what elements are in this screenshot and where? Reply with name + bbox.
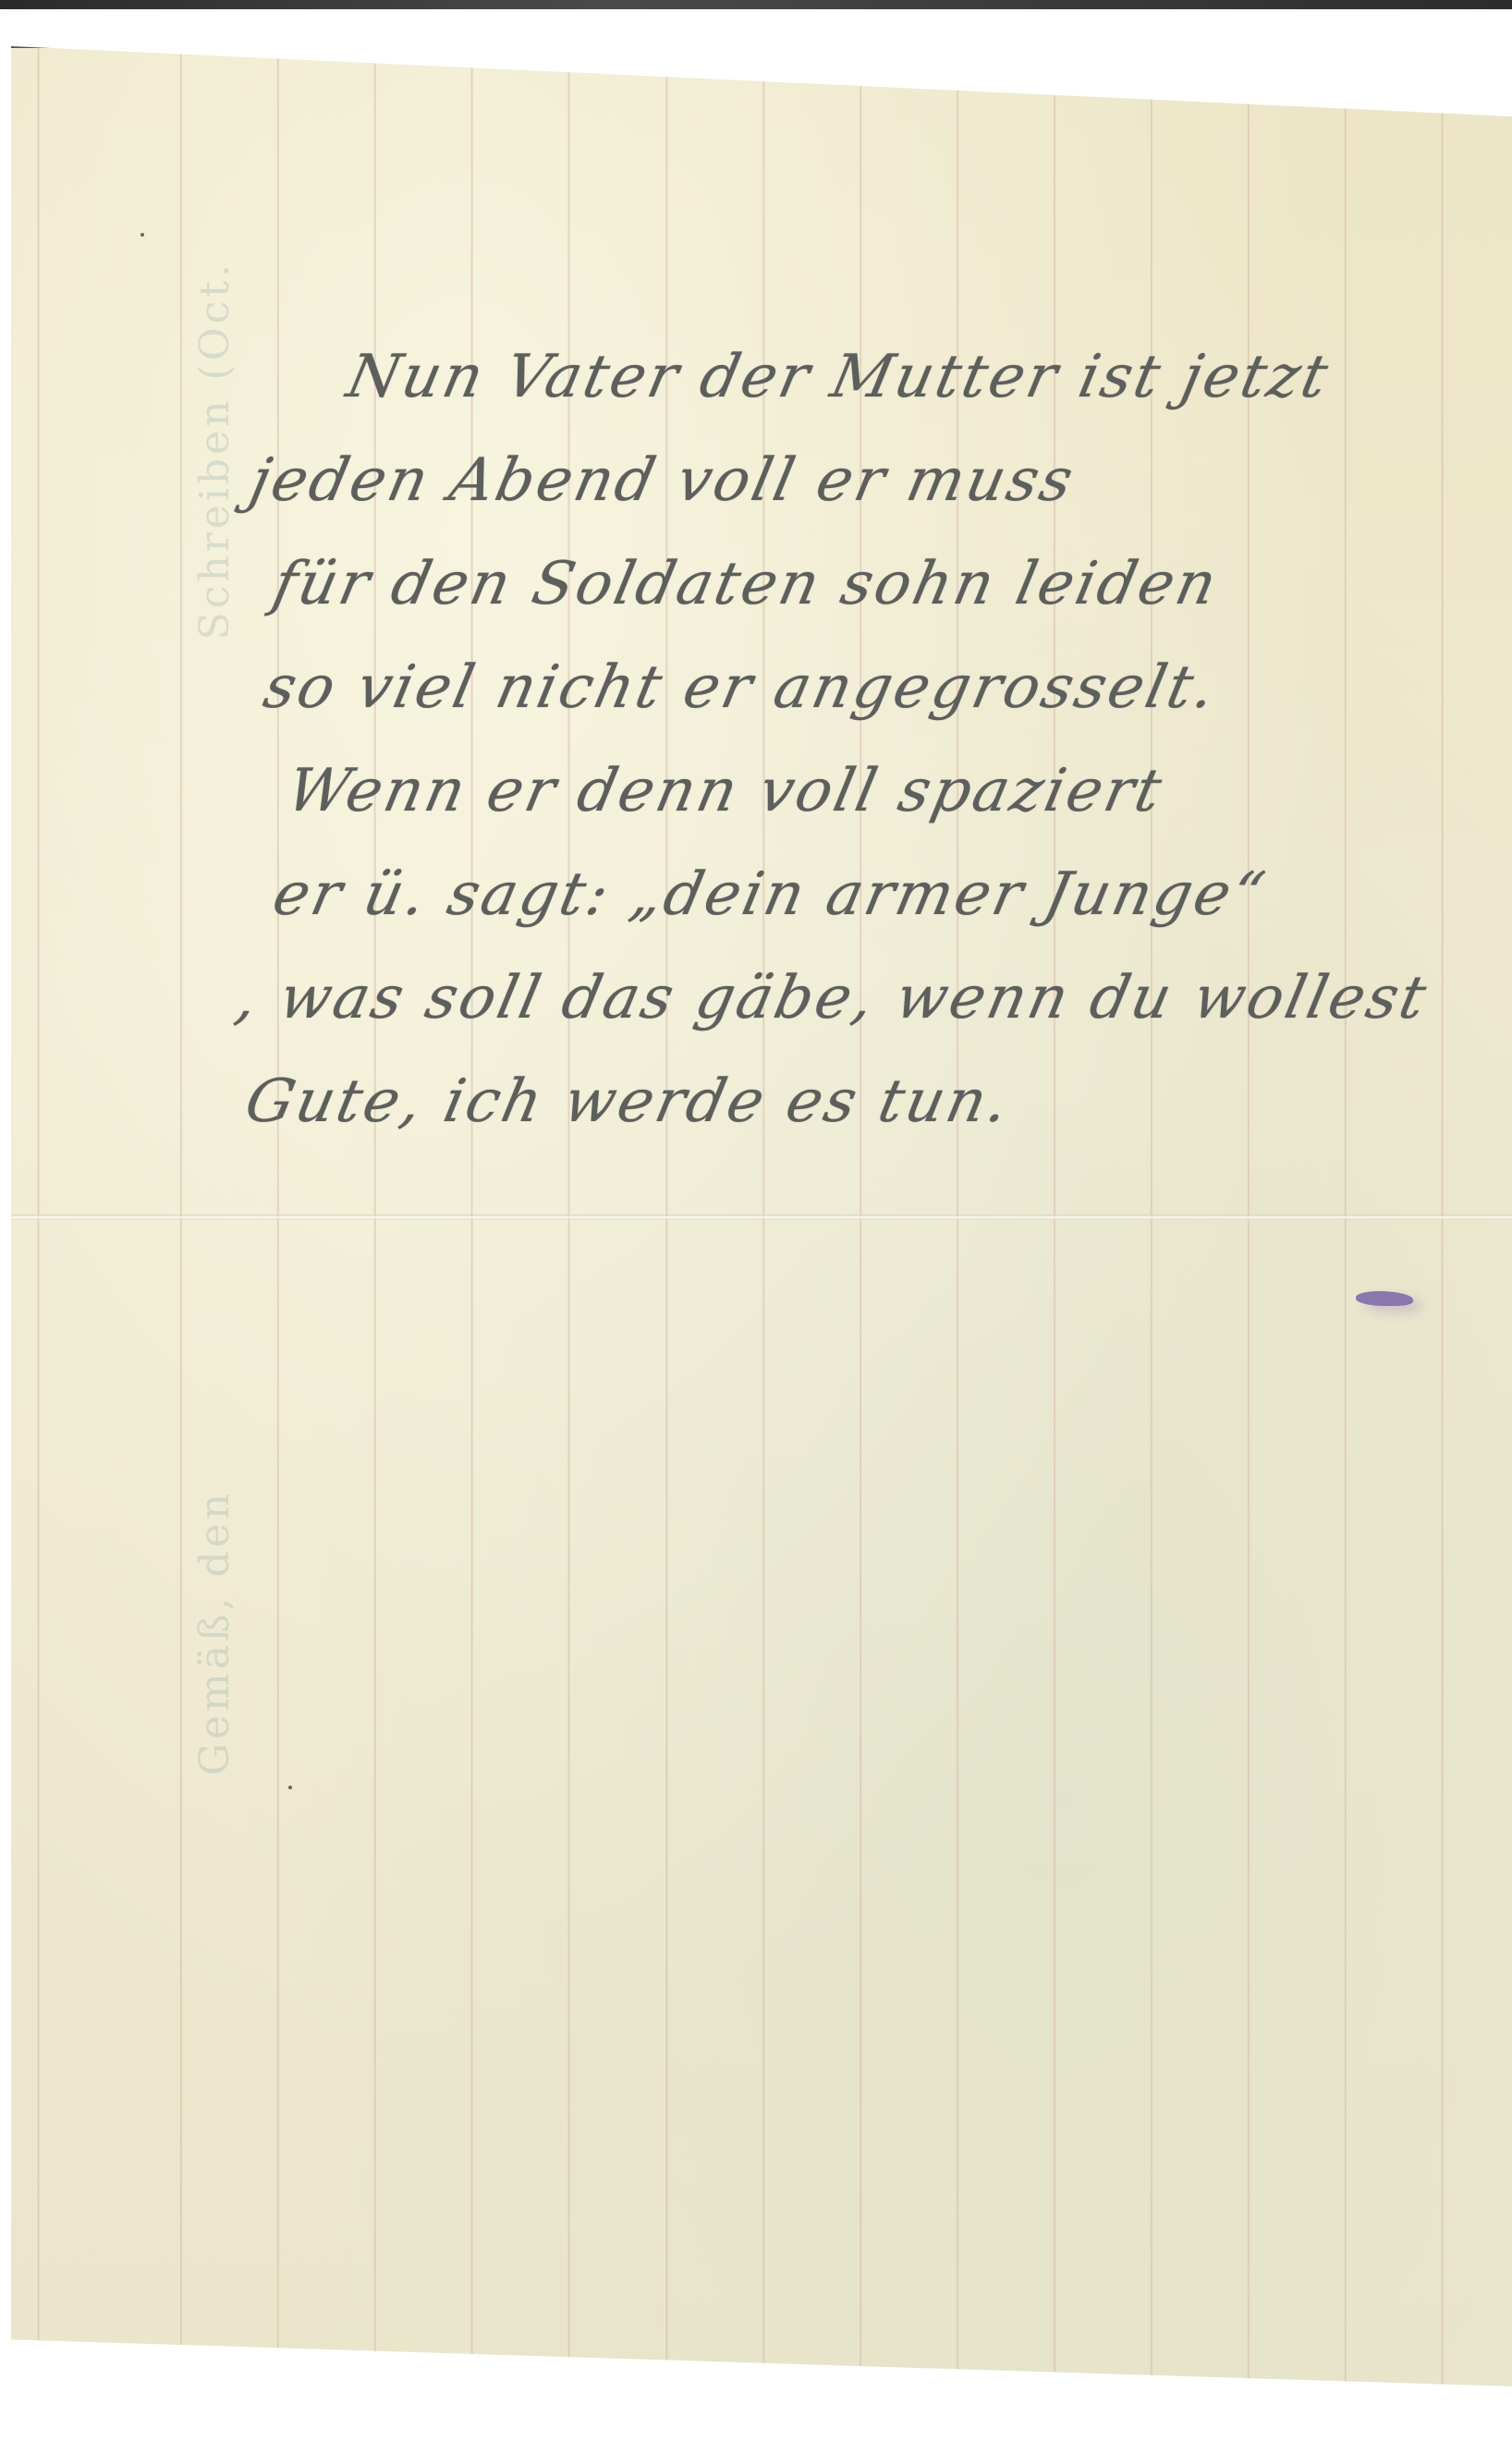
paper-fold-crease bbox=[11, 1214, 1512, 1220]
handwriting-line-8: Gute, ich werde es tun. bbox=[199, 1050, 1422, 1153]
speck bbox=[288, 1786, 292, 1789]
handwriting-line-1: Nun Vater der Mutter ist jetzt bbox=[199, 325, 1422, 429]
handwriting-line-5: Wenn er denn voll spaziert bbox=[199, 739, 1422, 843]
handwritten-text-block: Nun Vater der Mutter ist jetzt jeden Abe… bbox=[210, 325, 1411, 1153]
speck bbox=[140, 233, 144, 237]
scanner-edge-bar bbox=[0, 0, 1512, 9]
handwriting-line-6: er ü. sagt: „dein armer Junge“ bbox=[199, 843, 1422, 946]
handwriting-line-3: für den Soldaten sohn leiden bbox=[199, 532, 1422, 636]
purple-ink-mark bbox=[1356, 1291, 1413, 1306]
letter-page: Schreiben (Oct. Gemäß, den Nun Vater der… bbox=[11, 46, 1512, 2386]
handwriting-line-2: jeden Abend voll er muss bbox=[199, 429, 1422, 532]
handwriting-line-4: so viel nicht er angegrosselt. bbox=[199, 636, 1422, 739]
handwriting-line-7: , was soll das gäbe, wenn du wollest bbox=[199, 946, 1422, 1050]
bleed-through-print-bottom: Gemäß, den bbox=[191, 1490, 238, 1775]
